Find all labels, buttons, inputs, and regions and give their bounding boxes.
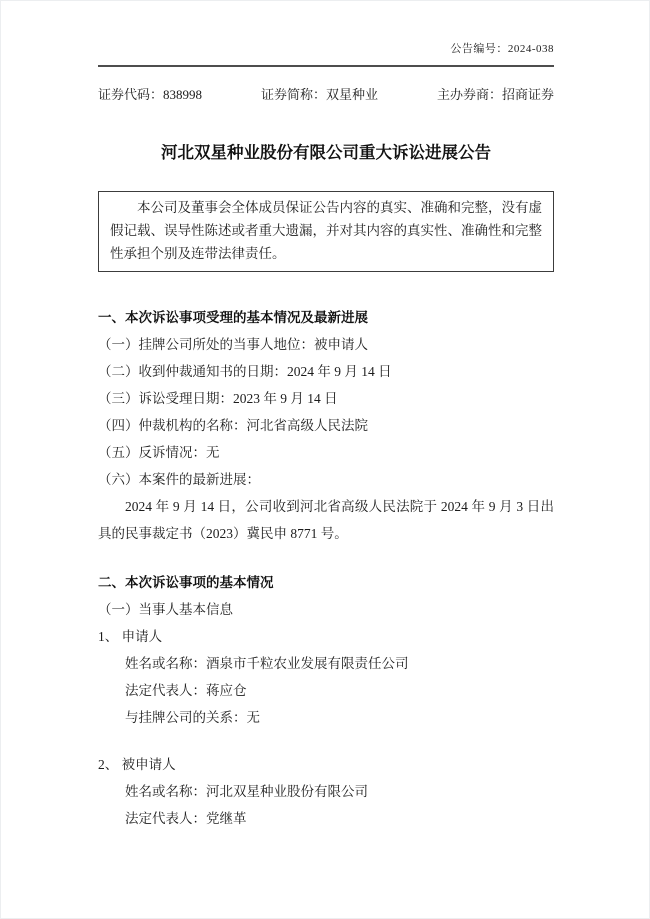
securities-code-label: 证券代码： bbox=[98, 87, 163, 102]
applicant-block: 1、 申请人 姓名或名称：酒泉市千粒农业发展有限责任公司 法定代表人：蒋应仓 与… bbox=[98, 623, 554, 731]
section1-item-4: （四）仲裁机构的名称：河北省高级人民法院 bbox=[98, 412, 554, 439]
header-divider bbox=[98, 65, 554, 67]
sponsor-broker-value: 招商证券 bbox=[502, 87, 554, 102]
section1-item-1: （一）挂牌公司所处的当事人地位：被申请人 bbox=[98, 331, 554, 358]
securities-abbr-value: 双星种业 bbox=[326, 87, 378, 102]
securities-abbr-label: 证券简称： bbox=[261, 87, 326, 102]
securities-code: 证券代码：838998 bbox=[98, 87, 202, 102]
applicant-label: 1、 申请人 bbox=[98, 623, 554, 650]
section1-item-3: （三）诉讼受理日期：2023 年 9 月 14 日 bbox=[98, 385, 554, 412]
section2-subheading: （一）当事人基本信息 bbox=[98, 596, 554, 623]
section1-item-5: （五）反诉情况：无 bbox=[98, 439, 554, 466]
applicant-legal-rep: 法定代表人：蒋应仓 bbox=[98, 677, 554, 704]
securities-code-value: 838998 bbox=[163, 87, 202, 102]
sponsor-broker: 主办券商：招商证券 bbox=[437, 87, 554, 102]
section1-item-6: （六）本案件的最新进展： bbox=[98, 466, 554, 493]
declaration-box: 本公司及董事会全体成员保证公告内容的真实、准确和完整，没有虚假记载、误导性陈述或… bbox=[98, 191, 554, 272]
section1-heading: 一、本次诉讼事项受理的基本情况及最新进展 bbox=[98, 304, 554, 331]
respondent-label: 2、 被申请人 bbox=[98, 751, 554, 778]
section1-item-2: （二）收到仲裁通知书的日期：2024 年 9 月 14 日 bbox=[98, 358, 554, 385]
applicant-name: 姓名或名称：酒泉市千粒农业发展有限责任公司 bbox=[98, 650, 554, 677]
page-title: 河北双星种业股份有限公司重大诉讼进展公告 bbox=[98, 143, 554, 163]
declaration-text: 本公司及董事会全体成员保证公告内容的真实、准确和完整，没有虚假记载、误导性陈述或… bbox=[110, 196, 542, 265]
announcement-page: 公告编号：2024-038 证券代码：838998 证券简称：双星种业 主办券商… bbox=[0, 0, 650, 919]
applicant-relation: 与挂牌公司的关系：无 bbox=[98, 704, 554, 731]
respondent-block: 2、 被申请人 姓名或名称：河北双星种业股份有限公司 法定代表人：党继革 bbox=[98, 751, 554, 832]
notice-number: 公告编号：2024-038 bbox=[98, 1, 554, 57]
page-content: 公告编号：2024-038 证券代码：838998 证券简称：双星种业 主办券商… bbox=[1, 1, 649, 832]
respondent-name: 姓名或名称：河北双星种业股份有限公司 bbox=[98, 778, 554, 805]
latest-progress-paragraph: 2024 年 9 月 14 日，公司收到河北省高级人民法院于 2024 年 9 … bbox=[98, 493, 554, 547]
section2-heading: 二、本次诉讼事项的基本情况 bbox=[98, 569, 554, 596]
respondent-legal-rep: 法定代表人：党继革 bbox=[98, 805, 554, 832]
sponsor-broker-label: 主办券商： bbox=[437, 87, 502, 102]
securities-header-row: 证券代码：838998 证券简称：双星种业 主办券商：招商证券 bbox=[98, 87, 554, 102]
securities-abbr: 证券简称：双星种业 bbox=[261, 87, 378, 102]
